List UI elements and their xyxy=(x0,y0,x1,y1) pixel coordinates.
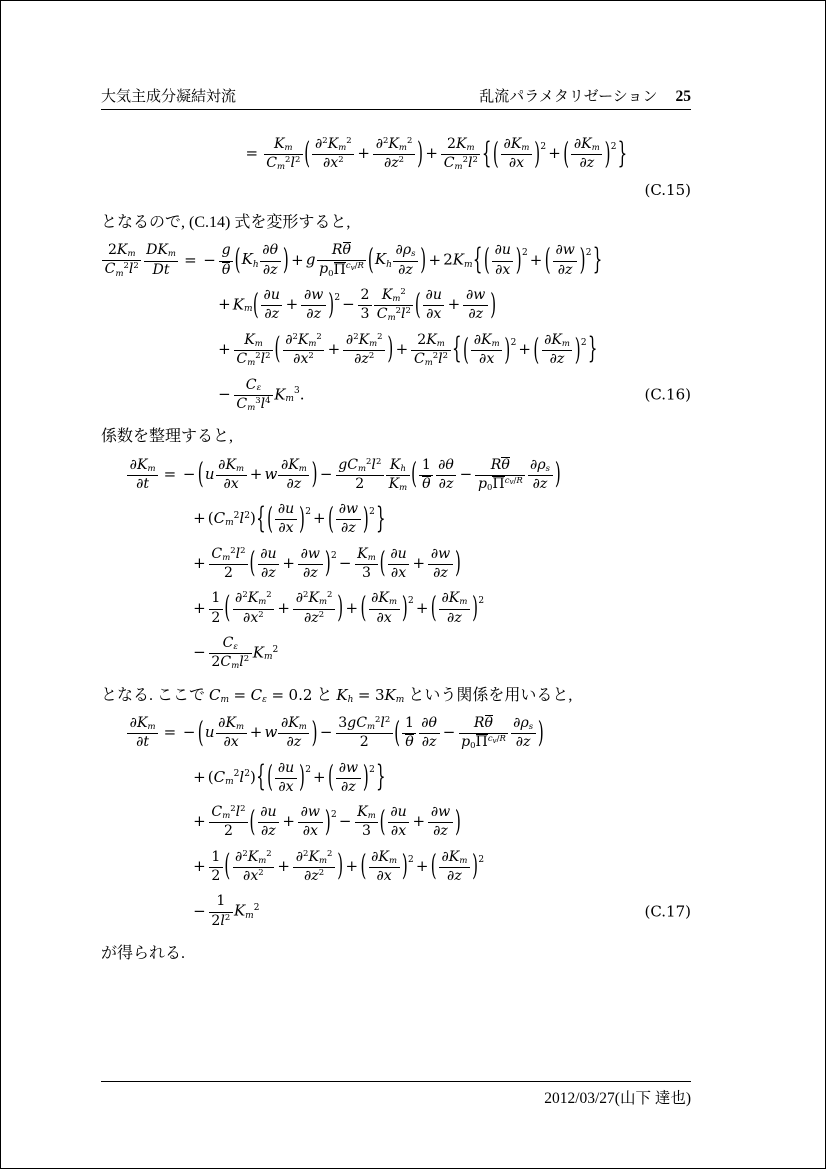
equation-line: +12(∂2Km2∂x2+∂2Km2∂z2)+(∂Km∂x)2+(∂Km∂z)2 xyxy=(191,849,691,886)
footer-date-author: 2012/03/27(山下 達也) xyxy=(544,1090,691,1107)
fraction: ∂2Km2∂z2 xyxy=(293,849,335,886)
subscript: m xyxy=(492,339,500,347)
fraction: ∂u∂x xyxy=(492,242,513,278)
paren-group: (∂Km∂z) xyxy=(563,136,611,172)
paren-group: (u∂Km∂x+w∂Km∂z) xyxy=(198,457,318,493)
fraction: ∂w∂z xyxy=(336,501,360,537)
subscript: m xyxy=(258,856,266,864)
subscript: m xyxy=(358,464,366,472)
subscript: m xyxy=(369,339,377,347)
fraction: Km3 xyxy=(355,546,379,582)
page-number: 25 xyxy=(676,88,692,106)
fraction: ∂u∂x xyxy=(275,501,296,537)
fraction: ∂Km∂z xyxy=(571,136,602,172)
equation-line: +KmCm2l2(∂2Km2∂x2+∂2Km2∂z2)+2KmCm2l2{(∂K… xyxy=(216,332,691,369)
fraction: ∂u∂x xyxy=(423,287,444,323)
overline: θ xyxy=(422,476,431,492)
fraction: ∂θ∂z xyxy=(419,715,440,751)
subscript: m xyxy=(225,519,234,528)
fraction: ∂u∂x xyxy=(275,760,296,796)
fraction: ∂2Km2∂x2 xyxy=(233,849,275,886)
fraction: ∂2Km2∂z2 xyxy=(373,136,415,173)
paren-group: (∂2Km2∂x2+∂2Km2∂z2) xyxy=(304,136,423,173)
paren-group: (∂Km∂z) xyxy=(430,590,478,626)
subscript: ε xyxy=(233,642,238,650)
subscript: ε xyxy=(257,383,262,391)
fraction: Rθp0Πcv/R xyxy=(459,715,509,752)
fraction: ∂Km∂z xyxy=(439,590,470,626)
paren-group: (∂2Km2∂x2+∂2Km2∂z2) xyxy=(224,849,343,886)
fraction: Cm2l22 xyxy=(209,546,248,583)
subscript: m xyxy=(455,162,463,170)
superscript: 2 xyxy=(319,868,324,876)
fraction: ∂w∂z xyxy=(553,242,577,278)
equation-line: −CεCm3l4Km3.(C.16) xyxy=(216,377,691,414)
fraction: ∂Km∂z xyxy=(542,332,573,368)
subscript: m xyxy=(319,856,327,864)
subscript: m xyxy=(367,722,375,730)
fraction: ∂Km∂x xyxy=(369,590,400,626)
equation-block: =KmCm2l2(∂2Km2∂x2+∂2Km2∂z2)+2KmCm2l2{(∂K… xyxy=(101,136,691,199)
superscript: 2 xyxy=(338,155,343,163)
superscript: 2 xyxy=(408,597,414,606)
superscript: 2 xyxy=(319,610,324,618)
superscript: 2 xyxy=(266,849,271,857)
superscript: 2 xyxy=(327,590,332,598)
paragraph-text: という関係を用いると, xyxy=(404,687,572,704)
fraction: ∂2Km2∂x2 xyxy=(233,590,275,627)
paren-group: (∂Km∂z) xyxy=(430,849,478,885)
fraction: ∂Km∂x xyxy=(369,849,400,885)
brace-group: {(∂u∂x)2+(∂w∂z)2} xyxy=(256,501,386,537)
subscript: m xyxy=(244,305,253,314)
paragraph: 係数を整理すると, xyxy=(101,426,691,448)
paren-group: (∂u∂x) xyxy=(484,242,522,278)
subscript: m xyxy=(231,661,239,669)
paren-group: (Kh∂ρs∂z) xyxy=(368,242,427,278)
fraction: 23 xyxy=(358,287,372,323)
fraction: DKmDt xyxy=(144,242,179,278)
fraction: ∂ρs∂z xyxy=(528,457,553,493)
equation-line: +Cm2l22(∂u∂z+∂w∂x)2−Km3(∂u∂x+∂w∂z) xyxy=(191,804,691,841)
fraction: 12 xyxy=(209,590,223,626)
fraction: ∂θ∂z xyxy=(260,242,281,278)
fraction: ∂w∂z xyxy=(428,804,452,840)
fraction: 12l2 xyxy=(209,893,233,930)
paren-group: (1θ∂θ∂z−Rθp0Πcv/R∂ρs∂z) xyxy=(394,715,544,752)
subscript: s xyxy=(529,722,533,730)
subscript: h xyxy=(253,261,259,270)
subscript: m xyxy=(115,269,123,277)
subscript: s xyxy=(411,249,415,257)
superscript: 2 xyxy=(327,849,332,857)
fraction: Rθp0Πcv/R xyxy=(475,457,525,494)
page-footer: 2012/03/27(山下 達也) xyxy=(101,1081,691,1108)
paren-group: (∂Km∂x) xyxy=(493,136,541,172)
superscript: cv/R xyxy=(505,476,523,486)
fraction: KmCm2l2 xyxy=(234,332,273,369)
fraction: 2KmCm2l2 xyxy=(102,242,141,279)
subscript: m xyxy=(467,143,475,151)
subscript: s xyxy=(546,464,550,472)
subscript: m xyxy=(308,339,316,347)
fraction: ∂u∂z xyxy=(261,287,282,323)
superscript: 2 xyxy=(244,654,249,662)
page-header: 大気主成分凝結対流 乱流パラメタリゼーション 25 xyxy=(101,85,691,110)
superscript: 2 xyxy=(295,155,300,163)
subscript: m xyxy=(247,358,255,366)
subscript: m xyxy=(277,162,285,170)
superscript: 2 xyxy=(331,552,337,561)
fraction: Rθp0Πcv/R xyxy=(317,242,367,279)
subscript: h xyxy=(400,464,405,472)
subscript: m xyxy=(592,143,600,151)
fraction: KmCm2l2 xyxy=(264,136,303,173)
paragraph-text: が得られる. xyxy=(101,945,185,962)
superscript: 2 xyxy=(522,249,528,258)
paren-group: (∂Km∂x) xyxy=(360,590,408,626)
equation-block: ∂Km∂t=−(u∂Km∂x+w∂Km∂z)−gCm2l22KhKm(1θ∂θ∂… xyxy=(101,457,691,672)
subscript: m xyxy=(127,249,135,257)
subscript: m xyxy=(285,395,294,404)
subscript: m xyxy=(389,597,397,605)
overline: Π xyxy=(492,476,504,492)
fraction: ∂2Km2∂z2 xyxy=(343,332,385,369)
paren-group: (∂2Km2∂x2+∂2Km2∂z2) xyxy=(224,590,343,627)
document-page: 大気主成分凝結対流 乱流パラメタリゼーション 25 =KmCm2l2(∂2Km2… xyxy=(0,0,826,1169)
inline-math: Cm=Cε=0.2 xyxy=(209,686,312,704)
subscript: m xyxy=(562,339,570,347)
superscript: 2 xyxy=(406,306,411,314)
fraction: ∂u∂x xyxy=(388,804,409,840)
superscript: 2 xyxy=(369,351,374,359)
overline: θ xyxy=(222,262,231,278)
subscript: m xyxy=(399,483,407,491)
paren-group: (∂u∂z+∂w∂z) xyxy=(249,546,331,582)
subscript: m xyxy=(285,143,293,151)
subscript: m xyxy=(147,722,155,730)
fraction: Cm2l22 xyxy=(209,804,248,841)
equation-number: (C.15) xyxy=(101,181,691,199)
fraction: ∂θ∂z xyxy=(436,457,457,493)
fraction: ∂Km∂x xyxy=(216,457,247,493)
subscript: m xyxy=(247,403,255,411)
paren-group: (∂w∂z) xyxy=(328,501,369,537)
superscript: 2 xyxy=(408,856,414,865)
fraction: ∂2Km2∂x2 xyxy=(312,136,354,173)
superscript: 2 xyxy=(399,155,404,163)
subscript: m xyxy=(236,464,244,472)
superscript: 2 xyxy=(308,351,313,359)
subscript: m xyxy=(255,339,263,347)
fraction: gθ xyxy=(219,242,233,278)
fraction: Km2Cm2l2 xyxy=(374,287,413,324)
paren-group: (u∂Km∂x+w∂Km∂z) xyxy=(198,715,318,751)
overline: θ xyxy=(485,715,494,731)
fraction: ∂w∂x xyxy=(298,804,322,840)
fraction: ∂Km∂t xyxy=(127,715,158,751)
brace-group: {(∂Km∂x)2+(∂Km∂z)2} xyxy=(452,332,598,368)
paren-group: (∂Km∂x) xyxy=(360,849,408,885)
subscript: h xyxy=(386,261,392,270)
superscript: 2 xyxy=(407,136,412,144)
superscript: 2 xyxy=(240,546,245,554)
paren-group: (∂u∂x) xyxy=(267,501,305,537)
document-content: =KmCm2l2(∂2Km2∂x2+∂2Km2∂z2)+2KmCm2l2{(∂K… xyxy=(101,110,691,1081)
paragraph: となるので, (C.14) 式を変形すると, xyxy=(101,212,691,234)
subscript: m xyxy=(225,778,234,787)
subscript: m xyxy=(338,143,346,151)
superscript: 2 xyxy=(266,590,271,598)
subscript: m xyxy=(221,696,230,705)
subscript: m xyxy=(222,553,230,561)
subscript: m xyxy=(222,811,230,819)
paren-group: (∂Km∂z) xyxy=(533,332,581,368)
equation-block: ∂Km∂t=−(u∂Km∂x+w∂Km∂z)−3gCm2l22(1θ∂θ∂z−R… xyxy=(101,715,691,930)
subscript: m xyxy=(299,722,307,730)
paragraph: となる. ここで Cm=Cε=0.2 と Kh=3Km という関係を用いると, xyxy=(101,685,691,707)
fraction: ∂w∂z xyxy=(428,546,452,582)
superscript: 2 xyxy=(273,646,279,655)
fraction: 3gCm2l22 xyxy=(336,715,393,752)
inline-math: Kh=3Km xyxy=(336,686,404,704)
equation-line: −12l2Km2(C.17) xyxy=(191,893,691,930)
equation-number: (C.17) xyxy=(644,902,691,922)
fraction: ∂ρs∂z xyxy=(393,242,418,278)
superscript: 2 xyxy=(385,715,390,723)
superscript: 2 xyxy=(254,904,260,913)
paragraph-text: となる. ここで xyxy=(101,687,209,704)
paren-group: (∂u∂x+∂w∂z) xyxy=(415,287,497,323)
brace-group: {(∂Km∂x)2+(∂Km∂z)2} xyxy=(482,136,628,172)
fraction: ∂2Km2∂x2 xyxy=(283,332,325,369)
equation-line: +(Cm2l2){(∂u∂x)2+(∂w∂z)2} xyxy=(191,501,691,537)
superscript: 2 xyxy=(258,610,263,618)
subscript: m xyxy=(425,358,433,366)
equation-line: +(Cm2l2){(∂u∂x)2+(∂w∂z)2} xyxy=(191,760,691,796)
paren-group: (∂2Km2∂x2+∂2Km2∂z2) xyxy=(274,332,393,369)
paren-group: (1θ∂θ∂z−Rθp0Πcv/R∂ρs∂z) xyxy=(411,457,561,494)
equation-line: +Km(∂u∂z+∂w∂z)2−23Km2Cm2l2(∂u∂x+∂w∂z) xyxy=(216,287,691,324)
subscript: m xyxy=(399,143,407,151)
superscript: 2 xyxy=(478,856,484,865)
fraction: ∂Km∂x xyxy=(501,136,532,172)
superscript: 2 xyxy=(133,261,138,269)
paragraph-text: となるので, (C.14) 式を変形すると, xyxy=(101,214,350,231)
fraction: CεCm3l4 xyxy=(234,377,273,414)
superscript: 2 xyxy=(377,332,382,340)
overline: θ xyxy=(501,457,510,473)
superscript: 2 xyxy=(331,811,337,820)
equation-block: 2KmCm2l2DKmDt=−gθ(Kh∂θ∂z)+gRθp0Πcv/R(Kh∂… xyxy=(101,242,691,413)
fraction: ∂Km∂z xyxy=(439,849,470,885)
paren-group: (∂w∂z) xyxy=(544,242,585,278)
overline: θ xyxy=(405,734,414,750)
fraction: ∂Km∂z xyxy=(278,715,309,751)
equation-line: ∂Km∂t=−(u∂Km∂x+w∂Km∂z)−gCm2l22KhKm(1θ∂θ∂… xyxy=(126,457,691,494)
subscript: m xyxy=(147,464,155,472)
superscript: 2 xyxy=(586,249,592,258)
paren-group: (∂u∂z+∂w∂x) xyxy=(249,804,331,840)
fraction: 1θ xyxy=(419,457,433,493)
paren-group: (Kh∂θ∂z) xyxy=(234,242,289,278)
equation-line: ∂Km∂t=−(u∂Km∂x+w∂Km∂z)−3gCm2l22(1θ∂θ∂z−R… xyxy=(126,715,691,752)
subscript: m xyxy=(258,597,266,605)
fraction: Cε2Cml2 xyxy=(209,635,252,672)
fraction: 1θ xyxy=(402,715,416,751)
superscript: cv/R xyxy=(488,734,506,744)
paren-group: (∂u∂x) xyxy=(267,760,305,796)
subscript: m xyxy=(319,597,327,605)
equation-line: +12(∂2Km2∂x2+∂2Km2∂z2)+(∂Km∂x)2+(∂Km∂z)2 xyxy=(191,590,691,627)
paren-group: (∂u∂z+∂w∂z) xyxy=(253,287,335,323)
fraction: ∂w∂z xyxy=(298,546,322,582)
fraction: ∂Km∂x xyxy=(471,332,502,368)
equation-line: 2KmCm2l2DKmDt=−gθ(Kh∂θ∂z)+gRθp0Πcv/R(Kh∂… xyxy=(101,242,691,279)
superscript: 2 xyxy=(346,136,351,144)
fraction: ∂Km∂x xyxy=(216,715,247,751)
fraction: ∂Km∂z xyxy=(278,457,309,493)
superscript: 2 xyxy=(376,457,381,465)
equation-line: +Cm2l22(∂u∂z+∂w∂z)2−Km3(∂u∂x+∂w∂z) xyxy=(191,546,691,583)
fraction: KhKm xyxy=(386,457,410,493)
superscript: 2 xyxy=(240,804,245,812)
paren-group: (∂u∂x+∂w∂z) xyxy=(379,546,461,582)
subscript: m xyxy=(464,261,473,270)
fraction: gCm2l22 xyxy=(336,457,384,494)
overline: θ xyxy=(343,242,352,258)
subscript: m xyxy=(245,912,254,921)
superscript: 2 xyxy=(478,597,484,606)
fraction: 12 xyxy=(209,849,223,885)
brace-group: {(∂u∂x)2+(∂w∂z)2} xyxy=(256,760,386,796)
subscript: m xyxy=(368,811,376,819)
subscript: m xyxy=(459,597,467,605)
subscript: m xyxy=(264,653,273,662)
superscript: 2 xyxy=(611,143,617,152)
subscript: m xyxy=(236,722,244,730)
fraction: ∂u∂z xyxy=(258,804,279,840)
superscript: 2 xyxy=(581,339,587,348)
equation-line: =KmCm2l2(∂2Km2∂x2+∂2Km2∂z2)+2KmCm2l2{(∂K… xyxy=(241,136,691,173)
brace-group: {(∂u∂x)2+(∂w∂z)2} xyxy=(473,242,603,278)
superscript: 2 xyxy=(369,766,375,775)
fraction: ∂u∂z xyxy=(258,546,279,582)
subscript: m xyxy=(299,464,307,472)
overline: Π xyxy=(476,734,488,750)
paren-group: (∂u∂x+∂w∂z) xyxy=(379,804,461,840)
fraction: ∂w∂z xyxy=(336,760,360,796)
superscript: 2 xyxy=(400,287,405,295)
subscript: m xyxy=(392,294,400,302)
paren-group: (∂Km∂x) xyxy=(463,332,511,368)
fraction: ∂2Km2∂z2 xyxy=(293,590,335,627)
subscript: m xyxy=(459,856,467,864)
equation-number: (C.16) xyxy=(644,385,691,405)
superscript: 2 xyxy=(258,868,263,876)
paren-group: (∂w∂z) xyxy=(328,760,369,796)
header-left-title: 大気主成分凝結対流 xyxy=(101,85,236,106)
subscript: m xyxy=(521,143,529,151)
paragraph-text: 係数を整理すると, xyxy=(101,428,233,445)
superscript: 4 xyxy=(265,396,270,404)
subscript: m xyxy=(368,553,376,561)
header-right: 乱流パラメタリゼーション 25 xyxy=(479,85,691,106)
superscript: 2 xyxy=(369,508,375,517)
paragraph-text: と xyxy=(312,687,336,704)
header-right-title: 乱流パラメタリゼーション xyxy=(479,85,657,106)
fraction: ∂ρs∂z xyxy=(511,715,536,751)
superscript: 2 xyxy=(265,351,270,359)
subscript: m xyxy=(437,339,445,347)
fraction: 2KmCm2l2 xyxy=(441,136,480,173)
superscript: 2 xyxy=(472,155,477,163)
superscript: cv/R xyxy=(346,261,364,271)
fraction: ∂Km∂t xyxy=(127,457,158,493)
fraction: ∂w∂z xyxy=(301,287,325,323)
paragraph: が得られる. xyxy=(101,943,691,965)
equation-line: −Cε2Cml2Km2 xyxy=(191,635,691,672)
fraction: Km3 xyxy=(355,804,379,840)
subscript: m xyxy=(168,249,176,257)
superscript: 2 xyxy=(316,332,321,340)
superscript: 2 xyxy=(225,913,230,921)
subscript: m xyxy=(389,856,397,864)
fraction: ∂u∂x xyxy=(388,546,409,582)
superscript: 2 xyxy=(443,351,448,359)
fraction: 2KmCm2l2 xyxy=(411,332,450,369)
overline: Π xyxy=(334,262,346,278)
subscript: m xyxy=(388,313,396,321)
fraction: ∂w∂z xyxy=(463,287,487,323)
